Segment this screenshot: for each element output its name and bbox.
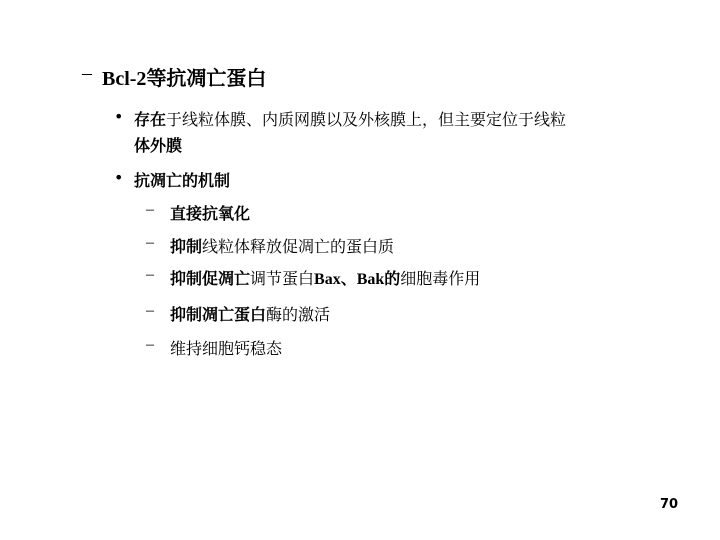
mechanism-text: 线粒体释放促凋亡的蛋白质 bbox=[202, 237, 394, 256]
bullet-mechanism: • 抗凋亡的机制 bbox=[114, 168, 230, 191]
mechanism-bold: 抑制凋亡蛋白 bbox=[170, 305, 266, 324]
bullet-icon: • bbox=[114, 168, 123, 187]
mechanism-item: – 直接抗氧化 bbox=[146, 201, 250, 224]
mechanism-bold: 抑制 bbox=[170, 237, 202, 256]
dash-marker: – bbox=[146, 336, 154, 354]
bullet-location: • 存在于线粒体膜、内质网膜以及外核膜上，但主要定位于线粒 bbox=[114, 107, 566, 130]
heading-text: 等抗凋亡蛋白 bbox=[146, 66, 266, 90]
mechanism-item: – 抑制线粒体释放促凋亡的蛋白质 bbox=[146, 234, 394, 257]
mechanism-text: 调节蛋白 bbox=[250, 269, 314, 288]
page-number: 70 bbox=[660, 497, 678, 512]
bullet-icon: • bbox=[114, 107, 123, 126]
mechanism-bold: 直接抗氧化 bbox=[170, 204, 250, 223]
mechanism-text2: 细胞毒作用 bbox=[400, 269, 480, 288]
bullet-location-continuation: 体外膜 bbox=[134, 133, 182, 156]
dash-marker: – bbox=[82, 62, 92, 85]
dash-marker: – bbox=[146, 201, 154, 219]
mechanism-bold2: 的 bbox=[384, 269, 400, 288]
bullet-bold: 抗凋亡的机制 bbox=[134, 171, 230, 190]
bullet-text: 于线粒体膜、内质网膜以及外核膜上，但主要定位于线粒 bbox=[166, 110, 566, 129]
dash-marker: – bbox=[146, 302, 154, 320]
dash-marker: – bbox=[146, 266, 154, 284]
mechanism-bold: 抑制促凋亡 bbox=[170, 269, 250, 288]
mechanism-item: – 抑制凋亡蛋白酶的激活 bbox=[146, 302, 330, 325]
heading-prefix: Bcl-2 bbox=[102, 68, 146, 90]
heading-bcl2: – Bcl-2等抗凋亡蛋白 bbox=[82, 62, 266, 91]
dash-marker: – bbox=[146, 234, 154, 252]
bullet-bold: 存在 bbox=[134, 110, 166, 129]
mechanism-text: 维持细胞钙稳态 bbox=[170, 339, 282, 358]
mechanism-item: – 维持细胞钙稳态 bbox=[146, 336, 282, 359]
mechanism-item: – 抑制促凋亡调节蛋白Bax、Bak的细胞毒作用 bbox=[146, 266, 480, 289]
mechanism-text: 酶的激活 bbox=[266, 305, 330, 324]
mechanism-latin: Bax、Bak bbox=[314, 271, 384, 288]
